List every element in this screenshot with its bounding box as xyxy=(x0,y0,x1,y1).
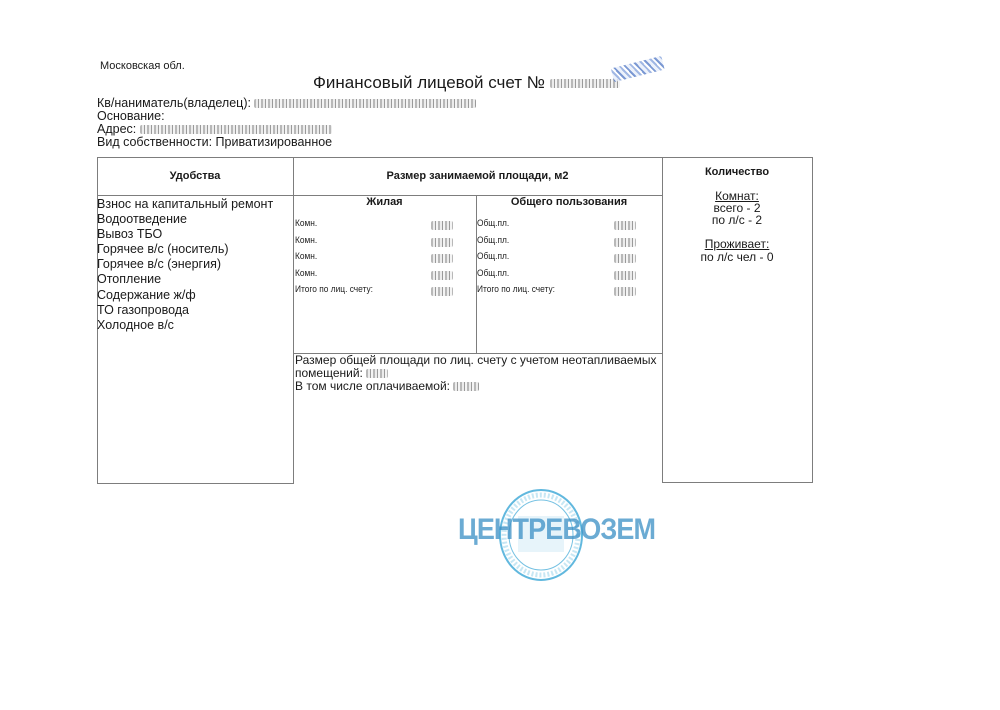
area-header: Размер занимаемой площади, м2 xyxy=(293,170,662,182)
residents-account: по л/с чел - 0 xyxy=(662,251,812,264)
area-value-redacted xyxy=(431,221,453,230)
area-value-redacted xyxy=(431,254,453,263)
amenity-item: Содержание ж/ф xyxy=(97,288,273,303)
amenity-item: Горячее в/с (носитель) xyxy=(97,242,273,257)
amenity-item: Вывоз ТБО xyxy=(97,227,273,242)
common-header: Общего пользования xyxy=(476,196,662,208)
right-border xyxy=(812,157,813,483)
amenity-item: Отопление xyxy=(97,272,273,287)
area-value-redacted xyxy=(614,221,636,230)
area-value-redacted xyxy=(431,271,453,280)
region-label: Московская обл. xyxy=(100,60,185,72)
paid-area-line: В том числе оплачиваемой: xyxy=(295,380,656,393)
amenities-bottom-border xyxy=(97,483,294,484)
area-row-label: Комн. xyxy=(295,235,317,246)
amenities-header: Удобства xyxy=(97,170,293,182)
area-value-redacted xyxy=(431,287,453,296)
account-number-redacted xyxy=(550,79,620,88)
tenant-redacted xyxy=(254,99,476,108)
living-header: Жилая xyxy=(293,196,476,208)
stamp-signature-text: ЦЕНТРЕВОЗЕМ xyxy=(458,513,655,547)
area-value-redacted xyxy=(614,287,636,296)
amenities-list: Взнос на капитальный ремонтВодоотведение… xyxy=(97,197,273,333)
quantity-header: Количество xyxy=(662,166,812,178)
area-value-redacted xyxy=(431,238,453,247)
paid-area-redacted xyxy=(453,382,479,391)
area-value-redacted xyxy=(614,271,636,280)
amenity-item: Водоотведение xyxy=(97,212,273,227)
area-row-label: Комн. xyxy=(295,218,317,229)
document-title: Финансовый лицевой счет № xyxy=(313,73,620,93)
area-row-label: Комн. xyxy=(295,251,317,262)
address-redacted xyxy=(140,125,332,134)
ownership-type: Вид собственности: Приватизированное xyxy=(97,136,332,149)
table-top-border xyxy=(97,157,812,158)
amenity-item: Горячее в/с (энергия) xyxy=(97,257,273,272)
quantity-bottom-border xyxy=(662,482,813,483)
tenant-label: Кв/наниматель(владелец): xyxy=(97,96,251,110)
handwritten-scribble xyxy=(611,56,665,84)
area-value-redacted xyxy=(614,238,636,247)
area-row-label: Комн. xyxy=(295,268,317,279)
total-area-redacted xyxy=(366,369,388,378)
amenity-item: ТО газопровода xyxy=(97,303,273,318)
amenity-item: Взнос на капитальный ремонт xyxy=(97,197,273,212)
title-text: Финансовый лицевой счет № xyxy=(313,73,545,92)
amenity-item: Холодное в/с xyxy=(97,318,273,333)
area-row-label: Общ.пл. xyxy=(477,218,509,229)
area-total-label: Итого по лиц. счету: xyxy=(477,284,555,295)
residents-label: Проживает: xyxy=(662,238,812,251)
area-row-label: Общ.пл. xyxy=(477,235,509,246)
area-row-label: Общ.пл. xyxy=(477,268,509,279)
rooms-account: по л/с - 2 xyxy=(662,214,812,227)
address-label: Адрес: xyxy=(97,122,136,136)
area-total-label: Итого по лиц. счету: xyxy=(295,284,373,295)
area-row-label: Общ.пл. xyxy=(477,251,509,262)
area-value-redacted xyxy=(614,254,636,263)
total-area-block: Размер общей площади по лиц. счету с уче… xyxy=(295,354,656,393)
